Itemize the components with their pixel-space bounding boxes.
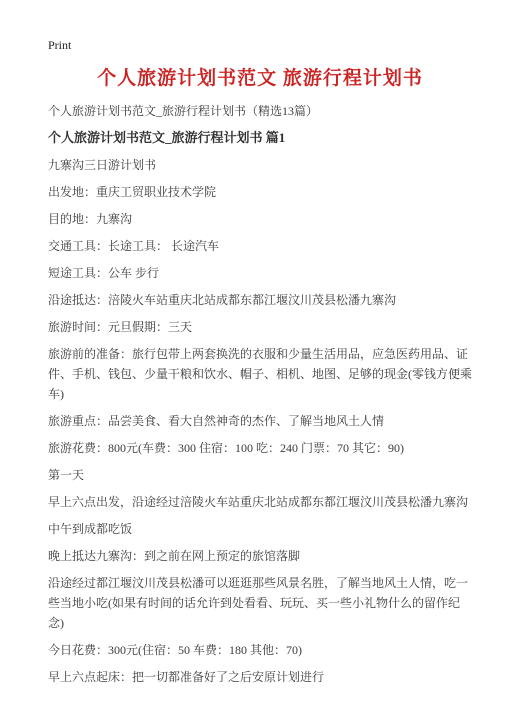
document-page: Print 个人旅游计划书范文 旅游行程计划书 个人旅游计划书范文_旅游行程计划…	[0, 0, 520, 718]
paragraph: 沿途经过都江堰汶川茂县松潘可以逛逛那些风景名胜，了解当地风土人情，吃一些当地小吃…	[48, 573, 472, 633]
paragraph: 短途工具：公车 步行	[48, 263, 472, 283]
paragraph: 早上六点起床：把一切都准备好了之后安原计划进行	[48, 667, 472, 687]
paragraph: 旅游花费：800元(车费：300 住宿：100 吃：240 门票：70 其它：9…	[48, 438, 472, 458]
print-link[interactable]: Print	[48, 38, 472, 53]
paragraph: 第一天	[48, 465, 472, 485]
paragraph: 九寨沟三日游计划书	[48, 155, 472, 175]
section-heading: 个人旅游计划书范文_旅游行程计划书 篇1	[48, 128, 472, 148]
paragraph: 沿途抵达：涪陵火车站重庆北站成都东都江堰汶川茂县松潘九寨沟	[48, 290, 472, 310]
page-title: 个人旅游计划书范文 旅游行程计划书	[48, 66, 472, 91]
subtitle: 个人旅游计划书范文_旅游行程计划书（精选13篇）	[48, 101, 472, 121]
paragraph: 旅游重点：品尝美食、看大自然神奇的杰作、了解当地风土人情	[48, 411, 472, 431]
paragraph: 今日花费：300元(住宿：50 车费：180 其他：70)	[48, 640, 472, 660]
paragraph: 早上六点出发，沿途经过涪陵火车站重庆北站成都东都江堰汶川茂县松潘九寨沟	[48, 492, 472, 512]
paragraph: 出发地：重庆工贸职业技术学院	[48, 182, 472, 202]
paragraph: 旅游前的准备：旅行包带上两套换洗的衣服和少量生活用品，应急医药用品、证件、手机、…	[48, 344, 472, 404]
paragraph: 目的地：九寨沟	[48, 209, 472, 229]
paragraph: 中午到成都吃饭	[48, 519, 472, 539]
paragraph: 旅游时间：元旦假期：三天	[48, 317, 472, 337]
paragraph: 交通工具：长途工具： 长途汽车	[48, 236, 472, 256]
paragraph: 晚上抵达九寨沟：到之前在网上预定的旅馆落脚	[48, 546, 472, 566]
